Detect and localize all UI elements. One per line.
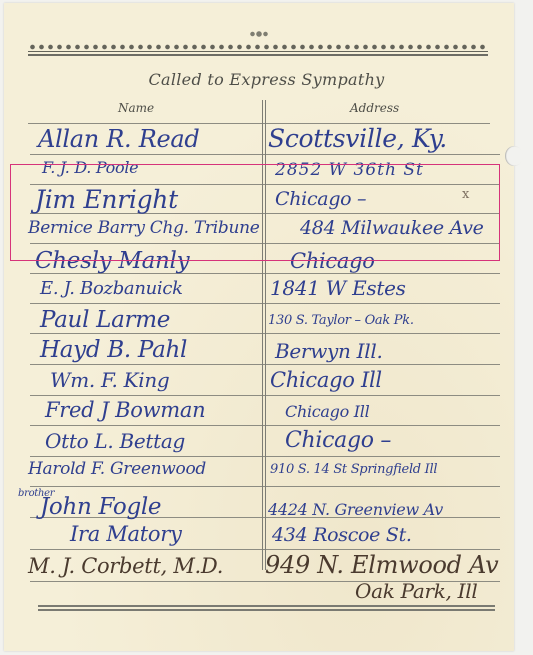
entry-name: Allan R. Read — [38, 127, 199, 151]
entry-address: Chicago Ill — [285, 404, 369, 420]
ornament-icon — [246, 28, 272, 40]
column-header-address: Address — [350, 101, 399, 115]
highlight-box — [10, 164, 500, 261]
entry-name: Fred J Bowman — [45, 400, 205, 421]
entry-name: Paul Larme — [40, 309, 170, 332]
entry-address: 910 S. 14 St Springfield Ill — [270, 463, 437, 476]
entry-address: Berwyn Ill. — [275, 341, 383, 361]
entry-name: Hayd B. Pahl — [40, 339, 187, 362]
entry-address: Scottsville, Ky. — [268, 126, 447, 151]
entry-address: 1841 W Estes — [270, 278, 406, 298]
page-notch — [505, 146, 523, 166]
entry-address: 949 N. Elmwood Av — [265, 553, 498, 577]
footer-double-rule — [38, 609, 495, 611]
entry-address: 434 Roscoe St. — [272, 526, 412, 545]
entry-address-line2: Oak Park, Ill — [355, 581, 477, 601]
entry-address: 4424 N. Greenview Av — [268, 502, 443, 518]
entry-address: Chicago Ill — [270, 370, 382, 391]
entry-name: Ira Matory — [70, 524, 182, 545]
entry-name: John Fogle — [40, 496, 161, 519]
entry-name: E. J. Bozbanuick — [40, 280, 183, 298]
decorative-border-line — [28, 54, 488, 56]
entry-name: Wm. F. King — [50, 370, 169, 390]
entry-address: Chicago – — [285, 430, 391, 452]
footer-double-rule — [38, 605, 495, 607]
entry-name: Harold F. Greenwood — [28, 461, 206, 478]
decorative-border — [28, 43, 488, 53]
page-title: Called to Express Sympathy — [0, 70, 533, 89]
entry-name: M. J. Corbett, M.D. — [28, 556, 223, 577]
entry-name: Otto L. Bettag — [45, 431, 185, 451]
column-header-name: Name — [118, 101, 154, 115]
entry-address: 130 S. Taylor – Oak Pk. — [268, 314, 414, 327]
